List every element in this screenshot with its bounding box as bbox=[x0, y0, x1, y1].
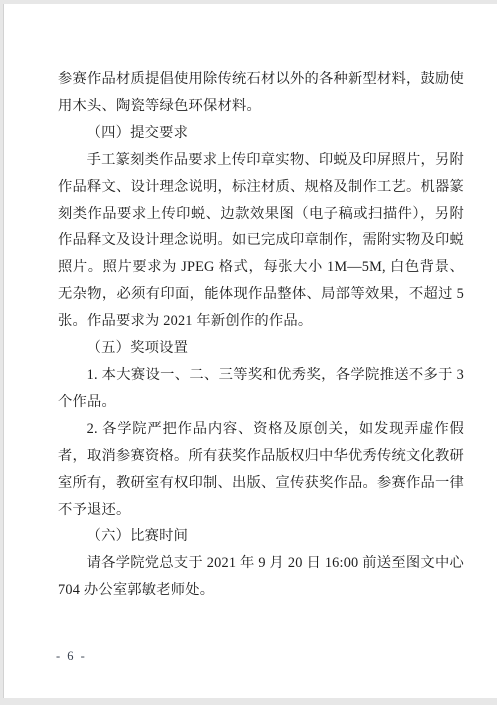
paragraph-awards-1: 1. 本大赛设一、二、三等奖和优秀奖，各学院推送不多于 3 个作品。 bbox=[58, 362, 464, 416]
paragraph-materials: 参赛作品材质提倡使用除传统石材以外的各种新型材料，鼓励使用木头、陶瓷等绿色环保材… bbox=[58, 66, 464, 120]
heading-submission-requirements: （四）提交要求 bbox=[58, 120, 464, 147]
heading-competition-time: （六）比赛时间 bbox=[58, 523, 464, 550]
paragraph-deadline: 请各学院党总支于 2021 年 9 月 20 日 16:00 前送至图文中心 7… bbox=[58, 550, 464, 604]
paragraph-submission-details: 手工篆刻类作品要求上传印章实物、印蜕及印屏照片，另附作品释文、设计理念说明，标注… bbox=[58, 147, 464, 335]
document-body: 参赛作品材质提倡使用除传统石材以外的各种新型材料，鼓励使用木头、陶瓷等绿色环保材… bbox=[58, 66, 464, 604]
document-page: 参赛作品材质提倡使用除传统石材以外的各种新型材料，鼓励使用木头、陶瓷等绿色环保材… bbox=[3, 4, 497, 698]
page-number: - 6 - bbox=[56, 649, 87, 664]
heading-awards: （五）奖项设置 bbox=[58, 335, 464, 362]
paragraph-awards-2: 2. 各学院严把作品内容、资格及原创关，如发现弄虚作假者，取消参赛资格。所有获奖… bbox=[58, 416, 464, 524]
